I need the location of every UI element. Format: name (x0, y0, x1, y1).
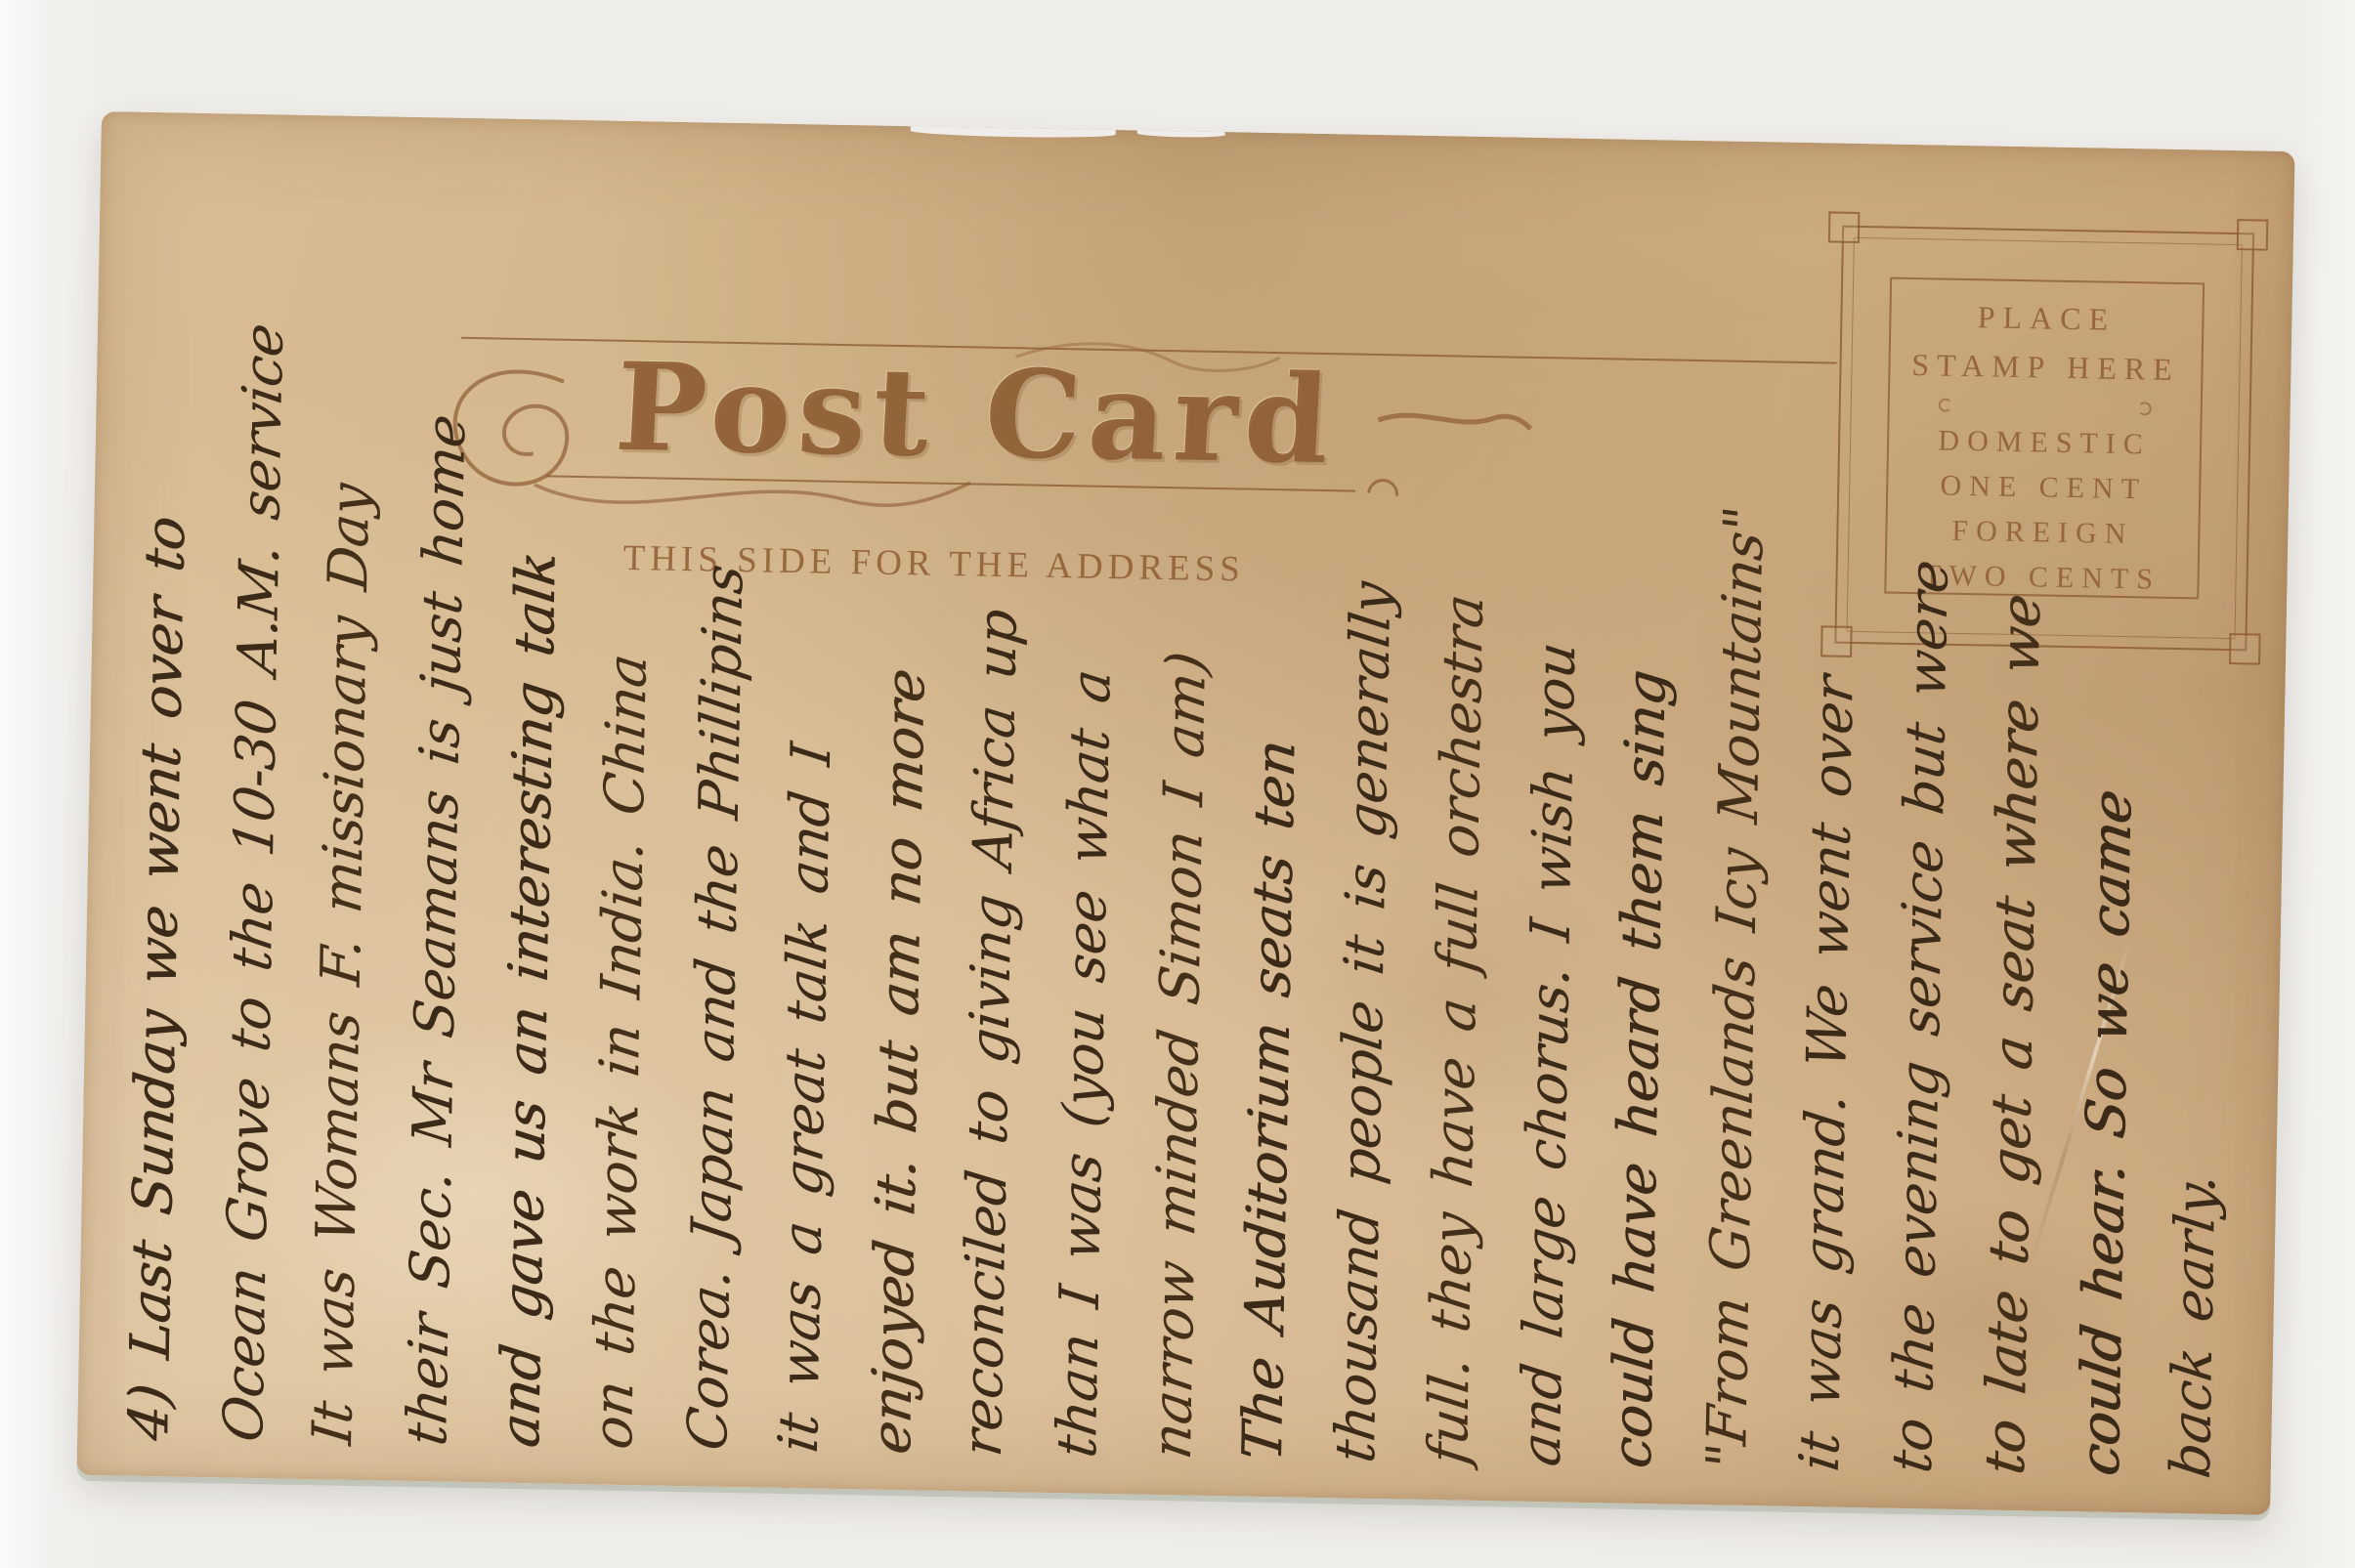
postcard: Post Card THIS SIDE FOR THE ADDRESS PLAC… (76, 111, 2294, 1515)
handwritten-message: 4) Last Sunday we went over to Ocean Gro… (103, 143, 2266, 1483)
torn-edge (1137, 130, 1225, 138)
